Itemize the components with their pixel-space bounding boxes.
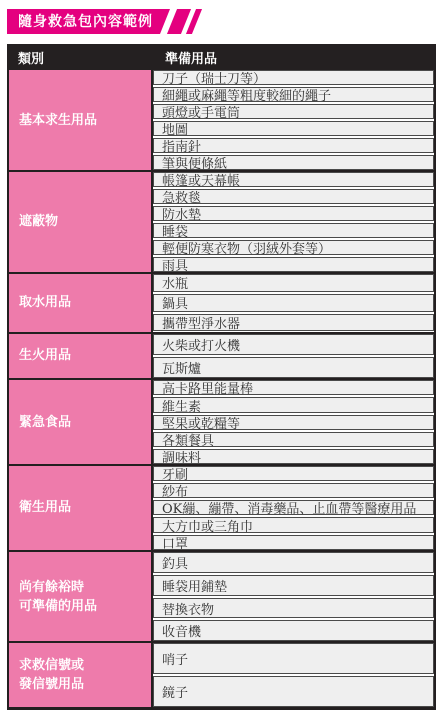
item-cell: 維生素: [153, 397, 434, 412]
item-cell: 調味料: [153, 449, 434, 464]
item-cell: 鍋具: [153, 294, 434, 312]
items-stack: 水瓶鍋具攜帶型淨水器: [153, 274, 434, 332]
item-cell: 高卡路里能量棒: [153, 380, 434, 395]
item-cell: 哨子: [153, 643, 434, 674]
item-cell: 細繩或麻繩等粗度較細的繩子: [153, 87, 434, 102]
item-cell: 口罩: [153, 535, 434, 550]
item-cell: 睡袋用鋪墊: [153, 575, 434, 596]
category-group-row: 衛生用品牙刷紗布OK繃、繃帶、消毒藥品、止血帶等醫療用品大方巾或三角巾口罩: [9, 464, 434, 550]
item-cell: 大方巾或三角巾: [153, 517, 434, 532]
item-cell: 雨具: [153, 257, 434, 272]
items-stack: 牙刷紗布OK繃、繃帶、消毒藥品、止血帶等醫療用品大方巾或三角巾口罩: [153, 466, 434, 550]
item-cell: 帳篷或天幕帳: [153, 172, 434, 187]
item-cell: 急救毯: [153, 189, 434, 204]
title-banner: 隨身救急包內容範例: [7, 9, 197, 34]
category-group-row: 取水用品水瓶鍋具攜帶型淨水器: [9, 272, 434, 332]
table-header-row: 類別 準備用品: [7, 44, 436, 70]
items-stack: 火柴或打火機瓦斯爐: [153, 334, 434, 379]
item-cell: OK繃、繃帶、消毒藥品、止血帶等醫療用品: [153, 500, 434, 515]
category-cell: 尚有餘裕時 可準備的用品: [9, 552, 153, 642]
item-cell: 替換衣物: [153, 598, 434, 619]
item-cell: 睡袋: [153, 223, 434, 238]
category-cell: 求救信號或 發信號用品: [9, 643, 153, 707]
category-cell: 基本求生用品: [9, 70, 153, 170]
item-cell: 各類餐具: [153, 432, 434, 447]
item-cell: 防水墊: [153, 206, 434, 221]
category-group-row: 緊急食品高卡路里能量棒維生素堅果或乾糧等各類餐具調味料: [9, 378, 434, 464]
item-cell: 輕便防寒衣物（羽絨外套等）: [153, 240, 434, 255]
category-cell: 衛生用品: [9, 466, 153, 550]
category-group-row: 基本求生用品刀子（瑞士刀等）細繩或麻繩等粗度較細的繩子頭燈或手電筒地圖指南針筆與…: [9, 70, 434, 170]
item-cell: 堅果或乾糧等: [153, 415, 434, 430]
category-group-row: 求救信號或 發信號用品哨子鏡子: [9, 641, 434, 707]
items-stack: 帳篷或天幕帳急救毯防水墊睡袋輕便防寒衣物（羽絨外套等）雨具: [153, 172, 434, 272]
header-items: 準備用品: [153, 48, 217, 67]
items-stack: 高卡路里能量棒維生素堅果或乾糧等各類餐具調味料: [153, 380, 434, 464]
item-cell: 刀子（瑞士刀等）: [153, 70, 434, 85]
category-cell: 遮蔽物: [9, 172, 153, 272]
item-cell: 火柴或打火機: [153, 334, 434, 355]
item-cell: 指南針: [153, 138, 434, 153]
page-title: 隨身救急包內容範例: [7, 9, 170, 34]
item-cell: 收音機: [153, 620, 434, 641]
header-category: 類別: [7, 48, 153, 67]
category-group-row: 生火用品火柴或打火機瓦斯爐: [9, 332, 434, 379]
category-group-row: 遮蔽物帳篷或天幕帳急救毯防水墊睡袋輕便防寒衣物（羽絨外套等）雨具: [9, 170, 434, 272]
table-body: 基本求生用品刀子（瑞士刀等）細繩或麻繩等粗度較細的繩子頭燈或手電筒地圖指南針筆與…: [7, 70, 436, 710]
item-cell: 鏡子: [153, 676, 434, 707]
item-cell: 攜帶型淨水器: [153, 314, 434, 332]
item-cell: 瓦斯爐: [153, 357, 434, 378]
items-stack: 釣具睡袋用鋪墊替換衣物收音機: [153, 552, 434, 642]
item-cell: 筆與便條紙: [153, 155, 434, 170]
item-cell: 水瓶: [153, 274, 434, 292]
item-cell: 釣具: [153, 552, 434, 573]
item-cell: 牙刷: [153, 466, 434, 481]
items-stack: 哨子鏡子: [153, 643, 434, 707]
category-cell: 取水用品: [9, 274, 153, 332]
category-group-row: 尚有餘裕時 可準備的用品釣具睡袋用鋪墊替換衣物收音機: [9, 550, 434, 642]
category-cell: 生火用品: [9, 334, 153, 379]
item-cell: 紗布: [153, 483, 434, 498]
items-stack: 刀子（瑞士刀等）細繩或麻繩等粗度較細的繩子頭燈或手電筒地圖指南針筆與便條紙: [153, 70, 434, 170]
emergency-kit-table: 類別 準備用品 基本求生用品刀子（瑞士刀等）細繩或麻繩等粗度較細的繩子頭燈或手電…: [7, 44, 436, 710]
item-cell: 頭燈或手電筒: [153, 104, 434, 119]
item-cell: 地圖: [153, 121, 434, 136]
category-cell: 緊急食品: [9, 380, 153, 464]
